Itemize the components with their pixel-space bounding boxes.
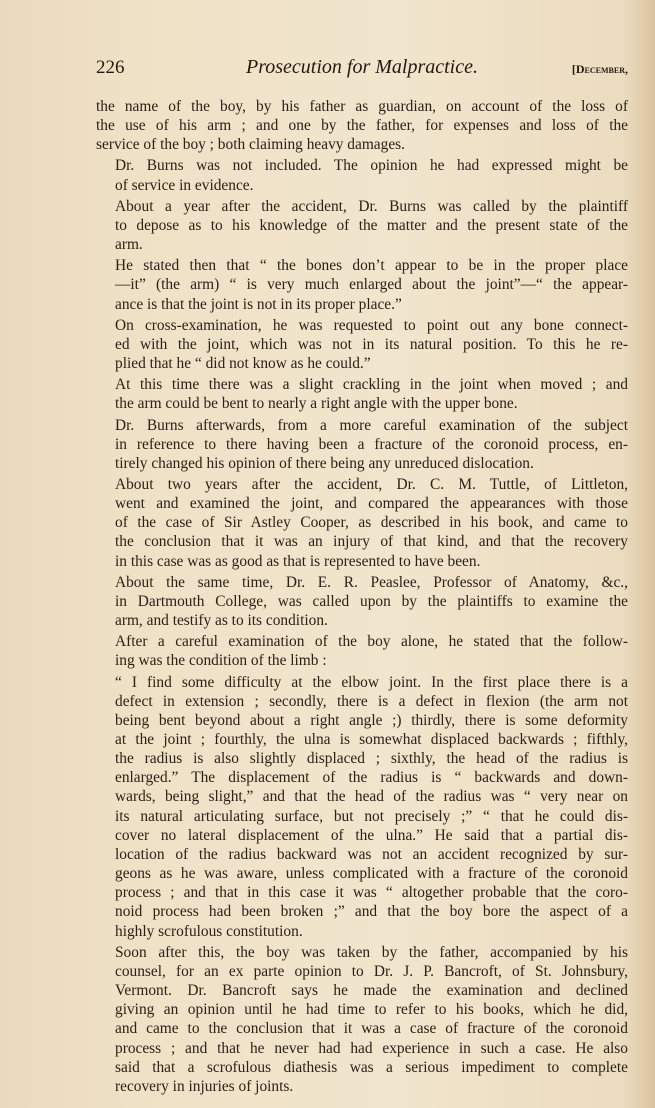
text-line: ed with the joint, which was not in its … <box>96 335 628 354</box>
text-line: of service in evidence. <box>96 176 628 195</box>
text-line: the use of his arm ; and one by the fath… <box>96 116 628 135</box>
paragraph: He stated then that “ the bones don’t ap… <box>96 256 628 313</box>
text-line: the radius is also slightly displaced ; … <box>96 749 628 768</box>
text-line: the name of the boy, by his father as gu… <box>96 97 628 116</box>
text-line: in reference to there having been a frac… <box>96 435 628 454</box>
text-line: tirely changed his opinion of there bein… <box>96 454 628 473</box>
text-line: About the same time, Dr. E. R. Peaslee, … <box>96 573 628 592</box>
text-line: counsel, for an ex parte opinion to Dr. … <box>96 962 628 981</box>
paragraph: “ I find some difficulty at the elbow jo… <box>96 673 628 941</box>
page-header: 226 Prosecution for Malpractice. [Decemb… <box>96 57 628 83</box>
paragraph: On cross-examination, he was requested t… <box>96 316 628 373</box>
text-line: giving an opinion until he had time to r… <box>96 1000 628 1019</box>
text-line: On cross-examination, he was requested t… <box>96 316 628 335</box>
paragraph: the name of the boy, by his father as gu… <box>96 97 628 154</box>
paragraph: About two years after the accident, Dr. … <box>96 475 628 571</box>
text-line: About a year after the accident, Dr. Bur… <box>96 197 628 216</box>
running-title: Prosecution for Malpractice. <box>96 56 628 79</box>
text-line: “ I find some difficulty at the elbow jo… <box>96 673 628 692</box>
text-line: Dr. Burns was not included. The opinion … <box>96 156 628 175</box>
text-line: ance is that the joint is not in its pro… <box>96 295 628 314</box>
paragraph: Dr. Burns afterwards, from a more carefu… <box>96 416 628 473</box>
text-line: to depose as to his knowledge of the mat… <box>96 216 628 235</box>
body-text: the name of the boy, by his father as gu… <box>96 97 628 1096</box>
paragraph: At this time there was a slight cracklin… <box>96 375 628 413</box>
text-line: defect in extension ; secondly, there is… <box>96 692 628 711</box>
paragraph: After a careful examination of the boy a… <box>96 632 628 670</box>
text-line: Vermont. Dr. Bancroft says he made the e… <box>96 981 628 1000</box>
text-line: About two years after the accident, Dr. … <box>96 475 628 494</box>
text-line: in this case was as good as that is repr… <box>96 552 628 571</box>
text-line: Soon after this, the boy was taken by th… <box>96 943 628 962</box>
text-line: ing was the condition of the limb : <box>96 651 628 670</box>
text-line: After a careful examination of the boy a… <box>96 632 628 651</box>
text-line: went and examined the joint, and compare… <box>96 494 628 513</box>
text-line: arm. <box>96 235 628 254</box>
text-line: highly scrofulous constitution. <box>96 922 628 941</box>
text-line: plied that he “ did not know as he could… <box>96 354 628 373</box>
text-line: —it” (the arm) “ is very much enlarged a… <box>96 275 628 294</box>
text-line: service of the boy ; both claiming heavy… <box>96 135 628 154</box>
paragraph: About the same time, Dr. E. R. Peaslee, … <box>96 573 628 630</box>
text-line: the conclusion that it was an injury of … <box>96 532 628 551</box>
text-line: the arm could be bent to nearly a right … <box>96 394 628 413</box>
text-line: being bent beyond about a right angle ;)… <box>96 711 628 730</box>
text-line: Dr. Burns afterwards, from a more carefu… <box>96 416 628 435</box>
text-line: He stated then that “ the bones don’t ap… <box>96 256 628 275</box>
text-line: cover no lateral displacement of the uln… <box>96 826 628 845</box>
text-line: recovery in injuries of joints. <box>96 1077 628 1096</box>
text-line: arm, and testify as to its condition. <box>96 611 628 630</box>
text-line: process ; and that he never had had expe… <box>96 1039 628 1058</box>
text-line: noid process had been broken ;” and that… <box>96 902 628 921</box>
running-date: [December, <box>572 62 628 77</box>
paragraph: Soon after this, the boy was taken by th… <box>96 943 628 1096</box>
text-line: in Dartmouth College, was called upon by… <box>96 592 628 611</box>
text-line: said that a scrofulous diathesis was a s… <box>96 1058 628 1077</box>
text-line: geons as he was aware, unless complicate… <box>96 864 628 883</box>
text-line: of the case of Sir Astley Cooper, as des… <box>96 513 628 532</box>
text-line: At this time there was a slight cracklin… <box>96 375 628 394</box>
text-line: location of the radius backward was not … <box>96 845 628 864</box>
paragraph: About a year after the accident, Dr. Bur… <box>96 197 628 254</box>
book-page: 226 Prosecution for Malpractice. [Decemb… <box>0 0 655 1108</box>
text-line: at the joint ; fourthly, the ulna is som… <box>96 730 628 749</box>
text-line: wards, being slight,” and that the head … <box>96 787 628 806</box>
paragraph: Dr. Burns was not included. The opinion … <box>96 156 628 194</box>
text-line: its natural articulating surface, but no… <box>96 807 628 826</box>
text-line: enlarged.” The displacement of the radiu… <box>96 768 628 787</box>
text-line: and came to the conclusion that it was a… <box>96 1019 628 1038</box>
text-line: process ; and that in this case it was “… <box>96 883 628 902</box>
